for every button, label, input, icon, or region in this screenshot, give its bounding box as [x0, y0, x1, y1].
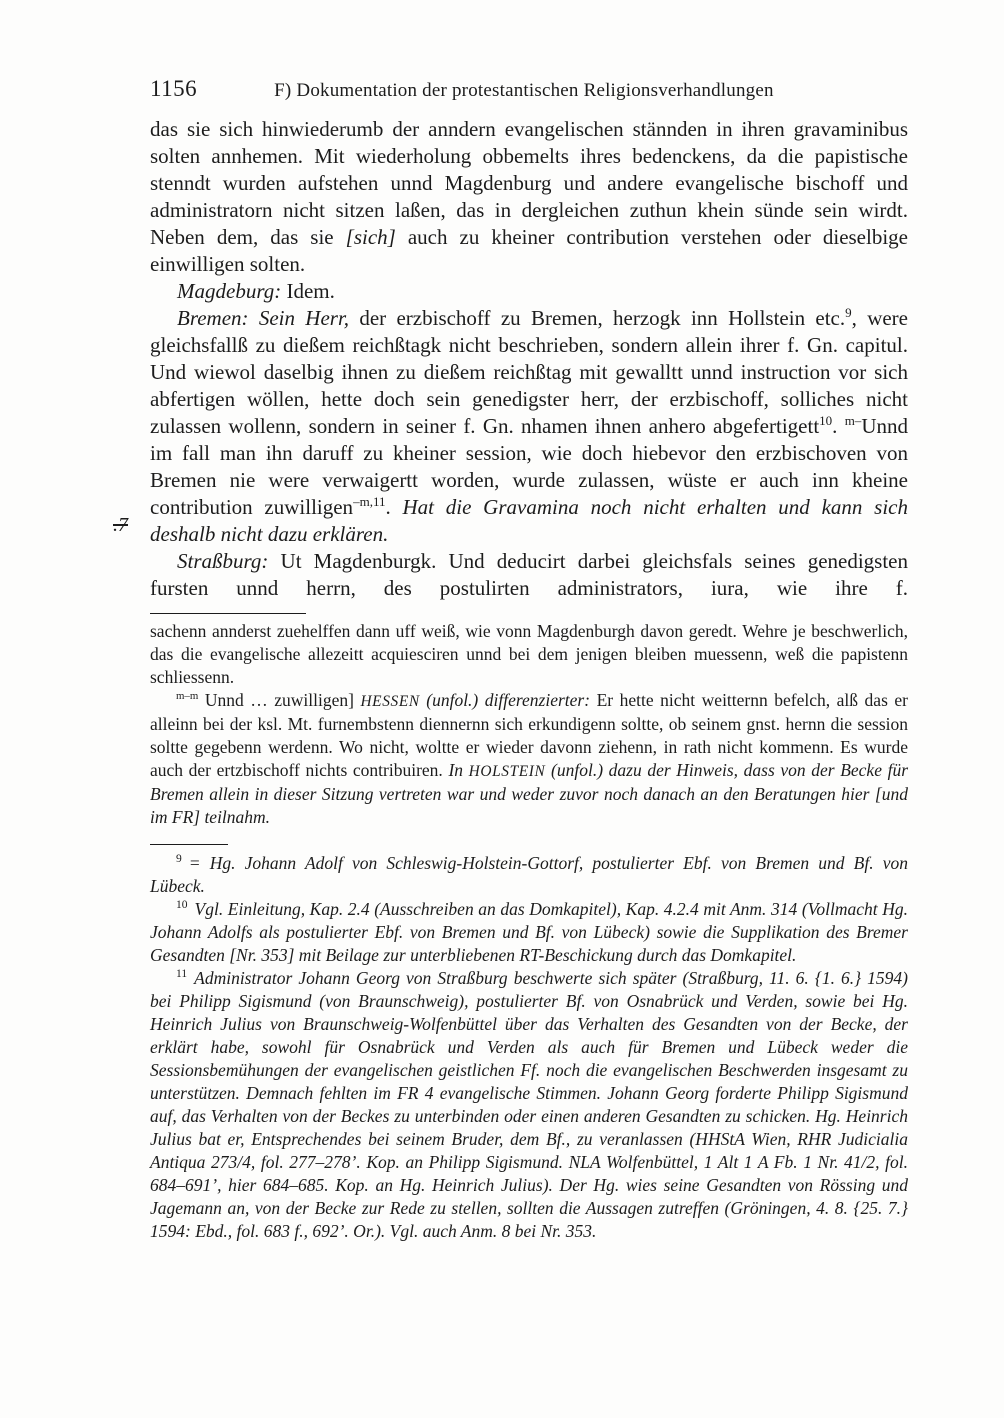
- text-column: das sie sich hinwiederumb der anndern ev…: [150, 116, 908, 1243]
- footnote-separator-rule: [150, 844, 228, 845]
- footnote-9: 9= Hg. Johann Adolf von Schleswig-Holste…: [150, 852, 908, 898]
- apparatus-separator-rule: [150, 613, 306, 614]
- apparatus-continuation-paragraph: sachenn annderst zuehelffen dann uff wei…: [150, 620, 908, 689]
- footnote-text: Administrator Johann Georg von Straßburg…: [150, 968, 908, 1241]
- page-number: 1156: [150, 76, 197, 102]
- body-paragraph-magdeburg: Magdeburg: Idem.: [150, 278, 908, 305]
- margin-note-folio-mark: .7: [113, 512, 128, 539]
- footnote-10: 10Vgl. Einleitung, Kap. 2.4 (Ausschreibe…: [150, 898, 908, 967]
- book-page: 1156 F) Dokumentation der protestantisch…: [0, 0, 1004, 1418]
- footnote-number: 9: [176, 853, 182, 865]
- body-paragraph-bremen: Bremen: Sein Herr, der erzbischoff zu Br…: [150, 305, 908, 548]
- running-header: 1156 F) Dokumentation der protestantisch…: [150, 76, 908, 102]
- footnotes-block: 9= Hg. Johann Adolf von Schleswig-Holste…: [150, 852, 908, 1243]
- footnote-number: 11: [176, 968, 187, 980]
- footnote-text: Vgl. Einleitung, Kap. 2.4 (Ausschreiben …: [150, 899, 908, 965]
- footnote-text: = Hg. Johann Adolf von Schleswig-Holstei…: [150, 853, 908, 896]
- footnote-11: 11Administrator Johann Georg von Straßbu…: [150, 967, 908, 1243]
- body-paragraph-strassburg: Straßburg: Ut Magdenburgk. Und deducirt …: [150, 548, 908, 602]
- footnote-number: 10: [176, 899, 188, 911]
- critical-apparatus-block: sachenn annderst zuehelffen dann uff wei…: [150, 620, 908, 829]
- body-paragraph: das sie sich hinwiederumb der anndern ev…: [150, 116, 908, 278]
- main-text-block: das sie sich hinwiederumb der anndern ev…: [150, 116, 908, 602]
- apparatus-note-m: m–m Unnd … zuwilligen] HESSEN (unfol.) d…: [150, 689, 908, 829]
- running-title: F) Dokumentation der protestantischen Re…: [274, 80, 774, 102]
